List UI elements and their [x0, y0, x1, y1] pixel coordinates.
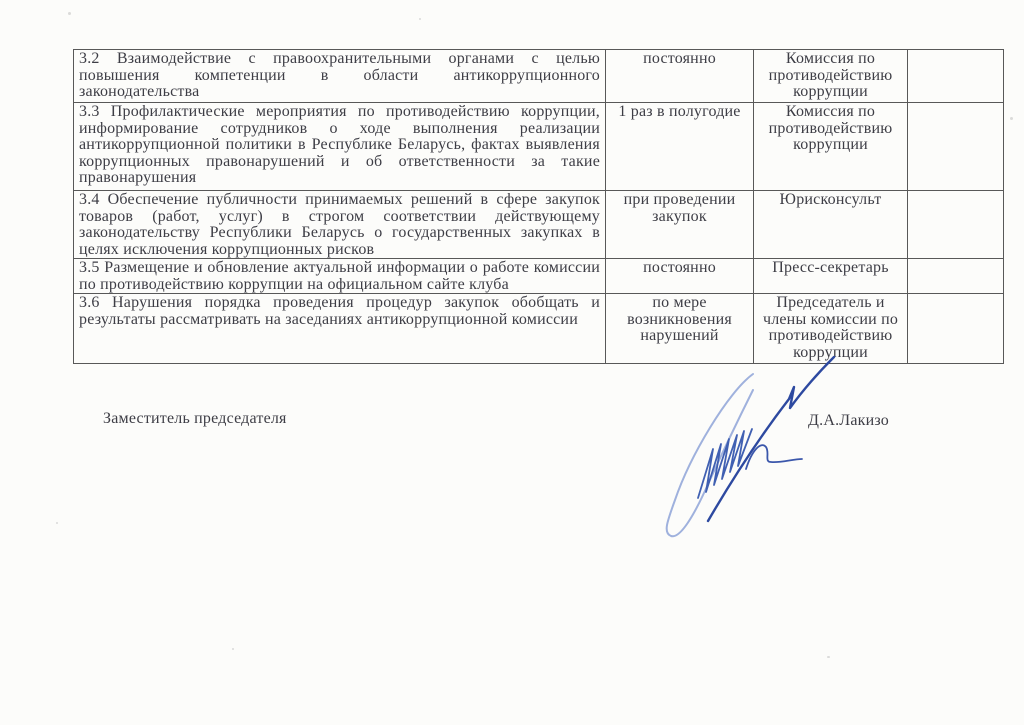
- table-row: 3.3 Профилактические мероприятия по прот…: [74, 103, 1004, 191]
- responsible-cell: Пресс-секретарь: [754, 259, 908, 294]
- note-cell: [908, 50, 1004, 103]
- scan-speck: [232, 648, 234, 650]
- note-cell: [908, 294, 1004, 364]
- activity-cell: 3.6 Нарушения порядка проведения процеду…: [74, 294, 606, 364]
- table-row: 3.6 Нарушения порядка проведения процеду…: [74, 294, 1004, 364]
- scan-speck: [1010, 117, 1013, 120]
- table-row: 3.2 Взаимодействие с правоохранительными…: [74, 50, 1004, 103]
- table-row: 3.4 Обеспечение публичности принимаемых …: [74, 191, 1004, 259]
- signature-main-stroke: [708, 357, 834, 521]
- activity-cell: 3.5 Размещение и обновление актуальной и…: [74, 259, 606, 294]
- scanned-document-page: 3.2 Взаимодействие с правоохранительными…: [0, 0, 1024, 725]
- note-cell: [908, 103, 1004, 191]
- timing-cell: постоянно: [606, 259, 754, 294]
- note-cell: [908, 191, 1004, 259]
- scan-speck: [68, 12, 71, 15]
- responsible-cell: Комиссия по противодействию коррупции: [754, 50, 908, 103]
- note-cell: [908, 259, 1004, 294]
- timing-cell: 1 раз в полугодие: [606, 103, 754, 191]
- activity-cell: 3.4 Обеспечение публичности принимаемых …: [74, 191, 606, 259]
- anticorruption-plan-table: 3.2 Взаимодействие с правоохранительными…: [73, 49, 1004, 364]
- scan-speck: [827, 656, 830, 658]
- timing-cell: при проведении закупок: [606, 191, 754, 259]
- responsible-cell: Юрисконсульт: [754, 191, 908, 259]
- activity-cell: 3.2 Взаимодействие с правоохранительными…: [74, 50, 606, 103]
- timing-cell: постоянно: [606, 50, 754, 103]
- scan-speck: [419, 18, 421, 20]
- signer-position-label: Заместитель председателя: [103, 410, 287, 428]
- handwritten-signature: [640, 348, 840, 548]
- responsible-cell: Комиссия по противодействию коррупции: [754, 103, 908, 191]
- scan-speck: [56, 522, 58, 524]
- activity-cell: 3.3 Профилактические мероприятия по прот…: [74, 103, 606, 191]
- table-row: 3.5 Размещение и обновление актуальной и…: [74, 259, 1004, 294]
- signer-name: Д.А.Лакизо: [808, 412, 889, 430]
